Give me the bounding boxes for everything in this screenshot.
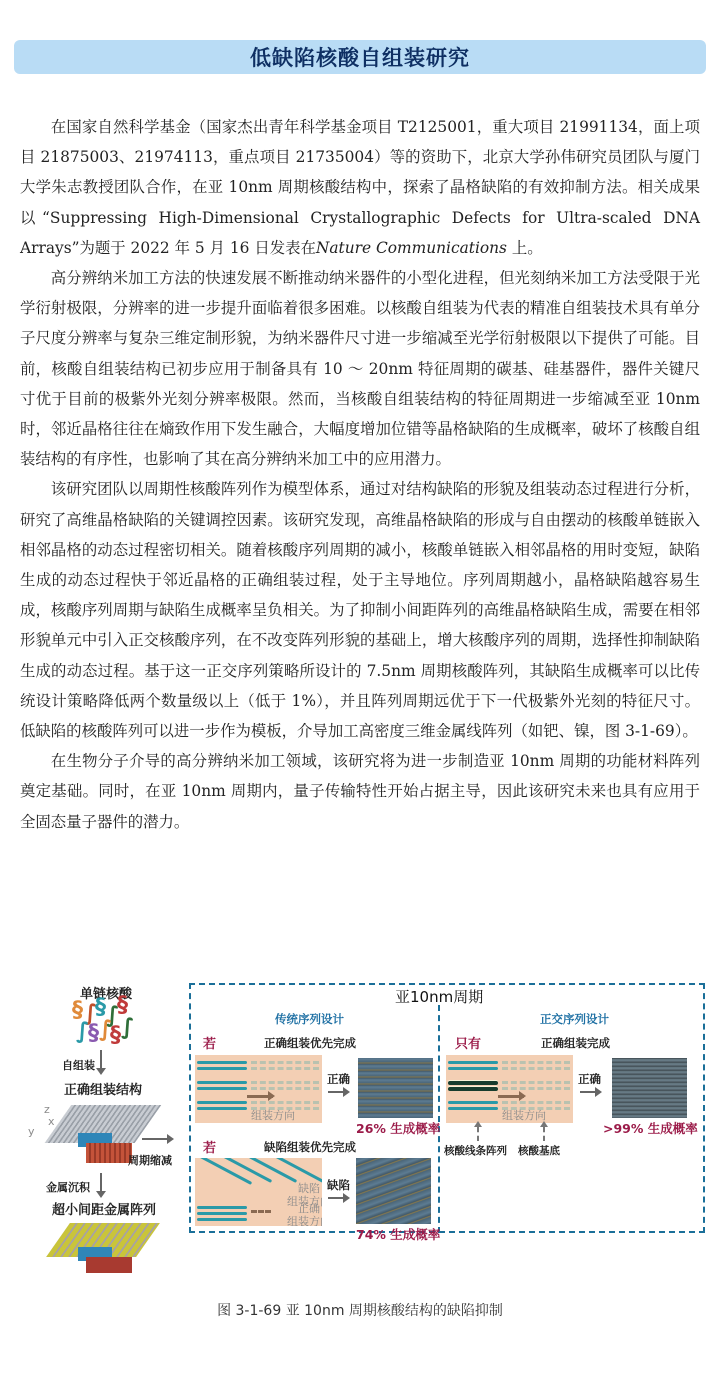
paragraph-3: 该研究团队以周期性核酸阵列作为模型体系，通过对结构缺陷的形貌及组装动态过程进行分… <box>20 474 700 746</box>
orthogonal-title: 正确组装完成 <box>541 1035 610 1051</box>
case2-prefix: 若 <box>203 1137 216 1156</box>
case1-arrow-label: 正确 <box>327 1071 350 1087</box>
paragraph-4: 在生物分子介导的高分辨纳米加工领域，该研究将为进一步制造亚 10nm 周期的功能… <box>20 746 700 837</box>
journal-name: Nature Communications <box>316 239 507 257</box>
case1-probability: 26% 生成概率 <box>356 1119 440 1137</box>
right-arrow-icon <box>328 1091 348 1093</box>
paragraph-1: 在国家自然科学基金（国家杰出青年科学基金项目 T2125001，重大项目 219… <box>20 112 700 263</box>
figure-3-1-69: 单链核酸 § ∫ § ∫ § ∫ § ∫ § ∫ 自组装 正确组装结构 z x … <box>0 955 720 1285</box>
orthogonal-prefix: 只有 <box>455 1033 481 1052</box>
afm-image-defect <box>356 1158 431 1224</box>
label-metal-array: 超小间距金属阵列 <box>52 1199 156 1218</box>
case2-title: 缺陷组装优先完成 <box>264 1139 356 1155</box>
section-title: 低缺陷核酸自组装研究 <box>250 42 470 72</box>
afm-image-orthogonal <box>612 1058 687 1118</box>
pointer-arrow-icon <box>543 1127 545 1141</box>
legend-dna-lines: 核酸线条阵列 <box>444 1143 507 1158</box>
case1-title: 正确组装优先完成 <box>264 1035 356 1051</box>
panel-title: 亚10nm周期 <box>395 986 483 1007</box>
case2-arrow-label: 缺陷 <box>327 1177 350 1193</box>
right-arrow-icon <box>580 1091 600 1093</box>
traditional-heading: 传统序列设计 <box>275 1011 344 1027</box>
right-arrow-icon <box>328 1197 348 1199</box>
label-period-reduce: 周期缩减 <box>128 1152 172 1168</box>
right-arrow-icon <box>142 1138 172 1140</box>
traditional-correct-pad: 组装方向 <box>195 1055 322 1123</box>
legend-dna-base: 核酸基底 <box>518 1143 560 1158</box>
metal-array-3d-block <box>58 1223 153 1273</box>
pointer-arrow-icon <box>477 1127 479 1141</box>
label-self-assembly: 自组装 <box>62 1057 95 1073</box>
down-arrow-icon <box>100 1173 102 1195</box>
paragraph-2: 高分辨纳米加工方法的快速发展不断推动纳米器件的小型化进程，但光刻纳米加工方法受限… <box>20 263 700 474</box>
orthogonal-heading: 正交序列设计 <box>540 1011 609 1027</box>
traditional-defect-pad: 缺陷组装方向 正确组装方向 <box>195 1158 322 1226</box>
article-body: 在国家自然科学基金（国家杰出青年科学基金项目 T2125001，重大项目 219… <box>20 112 700 837</box>
orthogonal-pad: 组装方向 <box>446 1055 573 1123</box>
label-correct-structure: 正确组装结构 <box>64 1079 142 1098</box>
figure-caption: 图 3-1-69 亚 10nm 周期核酸结构的缺陷抑制 <box>0 1300 720 1320</box>
label-metal-deposit: 金属沉积 <box>46 1179 90 1195</box>
case1-prefix: 若 <box>203 1033 216 1052</box>
orthogonal-arrow-label: 正确 <box>578 1071 601 1087</box>
orthogonal-probability: >99% 生成概率 <box>603 1119 698 1137</box>
case2-probability: 74% 生成概率 <box>356 1225 440 1243</box>
section-title-bar: 低缺陷核酸自组装研究 <box>14 40 706 74</box>
afm-image-correct <box>358 1058 433 1118</box>
down-arrow-icon <box>100 1050 102 1072</box>
